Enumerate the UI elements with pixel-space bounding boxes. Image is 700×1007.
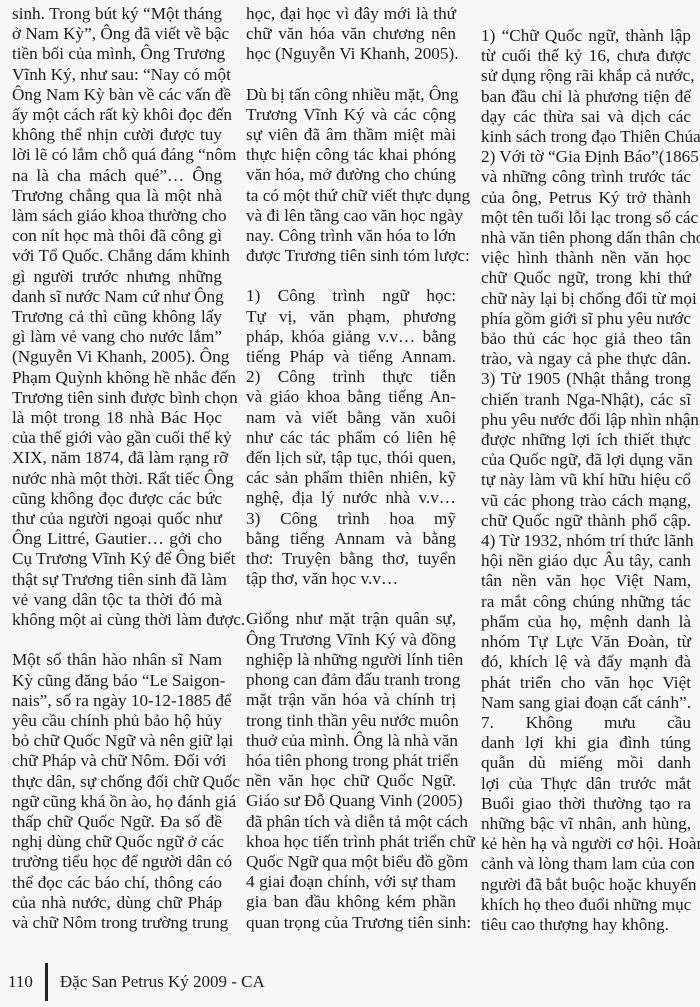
text-line: kẻ hèn hạ và người cơ hội. Hoàn xyxy=(481,834,691,854)
text-line: sự viên đã âm thầm miệt mài xyxy=(246,125,456,145)
text-line: Cụ Trương Vĩnh Ký để Ông biết xyxy=(12,549,222,569)
text-line: người đã bắt buộc hoặc khuyến xyxy=(481,875,691,895)
text-line: và chữ Nôm trong trường trung xyxy=(12,913,222,933)
text-line: con nít học mà thôi đã công gì xyxy=(12,226,222,246)
text-line: văn hóa, mở đường cho chúng xyxy=(246,165,456,185)
text-line: 3) Công trình hoa mỹ xyxy=(246,509,456,529)
text-line: 4 giai đoạn chính, với sự tham xyxy=(246,872,456,892)
page-number: 110 xyxy=(8,972,33,992)
text-line: gì làm vẻ vang cho nước lắm” xyxy=(12,327,222,347)
text-line: nam và viết bằng văn xuôi xyxy=(246,408,456,428)
text-line: (Nguyễn Vi Khanh, 2005). Ông xyxy=(12,347,222,367)
text-line: nền văn học chữ Quốc Ngữ. xyxy=(246,771,456,791)
text-line: thư của người ngoại quốc như xyxy=(12,509,222,529)
text-line: 4) Từ 1932, nhóm trí thức lãnh xyxy=(481,531,691,551)
text-line: 1) “Chữ Quốc ngữ, thành lập xyxy=(481,26,691,46)
text-column-3: 1) “Chữ Quốc ngữ, thành lậptừ cuối thế k… xyxy=(481,26,691,935)
text-line: đó, khích lệ và đẩy mạnh đà xyxy=(481,652,691,672)
text-line: sinh. Trong bút ký “Một tháng xyxy=(12,4,222,24)
text-line: chữ này lại bị chống đối từ mọi xyxy=(481,289,691,309)
text-line: từ cuối thế kỷ 16, chưa được xyxy=(481,46,691,66)
paragraph-gap xyxy=(12,630,222,650)
text-line: trong tinh thần yêu nước muôn xyxy=(246,711,456,731)
text-line: danh lợi khi gia đình túng xyxy=(481,733,691,753)
text-line: những bậc vĩ nhân, anh hùng, xyxy=(481,814,691,834)
text-line: tập thơ, văn học v.v… xyxy=(246,569,456,589)
text-line: như các tác phẩm có liên hệ xyxy=(246,428,456,448)
text-line: các sản phẩm thiên nhiên, kỹ xyxy=(246,468,456,488)
text-line: không một ai cùng thời làm được. xyxy=(12,610,222,630)
text-line: 7. Không mưu cầu xyxy=(481,713,691,733)
text-line: thật sự Trương tiên sinh đã làm xyxy=(12,570,222,590)
paragraph: Một số thân hào nhân sĩ NamKỳ cũng đăng … xyxy=(12,650,222,933)
text-line: dạy các thừa sai và dịch các xyxy=(481,107,691,127)
text-line: Giáo sư Đỗ Quang Vinh (2005) xyxy=(246,791,456,811)
text-line: Trương chẳng qua là một nhà xyxy=(12,186,222,206)
text-line: phong can đảm đấu tranh trong xyxy=(246,670,456,690)
text-line: gia ban đầu không kém phần xyxy=(246,892,456,912)
text-line: nay. Công trình văn hóa to lớn xyxy=(246,226,456,246)
text-line: tiếng Pháp và tiếng Annam. xyxy=(246,347,456,367)
text-line: và những công trình trước tác xyxy=(481,167,691,187)
text-line: đến lịch sử, tập tục, thói quen, xyxy=(246,448,456,468)
text-line: thực hiện công tác khai phóng xyxy=(246,145,456,165)
text-line: kinh sách trong đạo Thiên Chúa. xyxy=(481,127,691,147)
text-line: một tên tuổi lỗi lạc trong số các xyxy=(481,208,691,228)
text-line: thơ: Truyện bằng thơ, tuyển xyxy=(246,549,456,569)
text-line: nhóm Tự Lực Văn Đoàn, từ xyxy=(481,632,691,652)
paragraph: Giống như mặt trận quân sự,Ông Trương Vĩ… xyxy=(246,609,456,932)
text-line: của Quốc ngữ, đã lợi dụng văn xyxy=(481,450,691,470)
text-line: khích họ theo đuổi những mục xyxy=(481,895,691,915)
text-line: danh sĩ nước Nam cứ như Ông xyxy=(12,287,222,307)
text-line: 2) Công trình thực tiễn xyxy=(246,367,456,387)
text-line: bảo thủ các học giả theo tân xyxy=(481,329,691,349)
text-line: và giáo khoa bằng tiếng An- xyxy=(246,387,456,407)
text-line: ta có một thứ chữ viết thực dụng xyxy=(246,186,456,206)
text-line: phẩm của họ, mệnh danh là xyxy=(481,612,691,632)
text-line: Vĩnh Ký, như sau: “Nay có một xyxy=(12,65,222,85)
text-line: của thế giới vào gần cuối thế kỷ xyxy=(12,428,222,448)
text-line: Ông Nam Kỳ bàn về các vấn đề xyxy=(12,85,222,105)
paragraph: học, đại học vì đây mới là thứchữ văn hó… xyxy=(246,4,456,65)
text-line: trào, và ngay cả phe thực dân. xyxy=(481,349,691,369)
text-line: bằng tiếng Annam và bằng xyxy=(246,529,456,549)
text-line: ở Nam Kỳ”, Ông đã viết về bậc xyxy=(12,24,222,44)
text-line: sử dụng rộng rãi khắp cả nước, xyxy=(481,66,691,86)
text-line: yêu cầu chính phủ bảo hộ hủy xyxy=(12,711,222,731)
text-line: phát triển cho văn học Việt xyxy=(481,673,691,693)
text-line: thấp chữ Quốc Ngữ. Đa số đề xyxy=(12,812,222,832)
page-footer: 110 Đặc San Petrus Ký 2009 - CA xyxy=(8,962,265,1002)
text-line: 1) Công trình ngữ học: xyxy=(246,286,456,306)
text-line: thể đọc các báo chí, thông cáo xyxy=(12,873,222,893)
text-line: nais”, số ra ngày 10-12-1885 để xyxy=(12,691,222,711)
text-line: mặt trận văn hóa và chính trị xyxy=(246,690,456,710)
text-line: hội nền giáo dục Âu tây, canh xyxy=(481,551,691,571)
text-column-2: học, đại học vì đây mới là thứchữ văn hó… xyxy=(246,4,456,933)
text-line: Nam sang giai đoạn cất cánh”. xyxy=(481,693,691,713)
paragraph: sinh. Trong bút ký “Một thángở Nam Kỳ”, … xyxy=(12,4,222,630)
text-line: phu yêu nước đối lập nhìn nhận xyxy=(481,410,691,430)
text-line: na là cha mách qué”… Ông xyxy=(12,166,222,186)
paragraph-gap xyxy=(246,589,456,609)
text-line: chiến tranh Nga-Nhật), các sĩ xyxy=(481,390,691,410)
text-line: Ông Littré, Gautier… gởi cho xyxy=(12,529,222,549)
text-line: Trương Vĩnh Ký và các cộng xyxy=(246,105,456,125)
text-line: Kỳ cũng đăng báo “Le Saigon- xyxy=(12,671,222,691)
text-line: quẫn dù miếng mồi danh xyxy=(481,753,691,773)
text-line: là một trong 18 nhà Bác Học xyxy=(12,408,222,428)
text-line: của ông, Petrus Ký trở thành xyxy=(481,188,691,208)
text-line: XIX, năm 1874, đã làm rạng rỡ xyxy=(12,448,222,468)
text-line: với Tổ Quốc. Chẳng dám khinh xyxy=(12,246,222,266)
text-line: không thể nhịn cười được tuy xyxy=(12,125,222,145)
text-line: khoa học tiến trình phát triển chữ xyxy=(246,832,456,852)
paragraph: 1) Công trình ngữ học:Tự vị, văn phạm, p… xyxy=(246,286,456,589)
text-line: được những lợi ích thiết thực xyxy=(481,430,691,450)
text-line: tiền bối của mình, Ông Trương xyxy=(12,44,222,64)
text-line: ra mắt công chúng những tác xyxy=(481,592,691,612)
text-line: thực dân, sự chống đối chữ Quốc xyxy=(12,772,222,792)
text-line: Ông Trương Vĩnh Ký và đồng xyxy=(246,630,456,650)
text-line: tiêu cao thượng hay không. xyxy=(481,915,691,935)
text-line: làm sách giáo khoa thường cho xyxy=(12,206,222,226)
text-line: cũng không đọc được các bức xyxy=(12,489,222,509)
text-line: pháp, khóa giảng v.v… bằng xyxy=(246,327,456,347)
paragraph: 1) “Chữ Quốc ngữ, thành lậptừ cuối thế k… xyxy=(481,26,691,935)
paragraph: Dù bị tấn công nhiều mặt, ÔngTrương Vĩnh… xyxy=(246,85,456,267)
text-line: tân nền văn học Việt Nam, xyxy=(481,571,691,591)
text-line: hóa tiên phong trong phát triển xyxy=(246,751,456,771)
text-line: Buổi giao thời thường tạo ra xyxy=(481,794,691,814)
text-line: Tự vị, văn phạm, phương xyxy=(246,307,456,327)
text-line: ấy một cách rất kỳ khôi đọc đến xyxy=(12,105,222,125)
text-line: nghị dùng chữ Quốc ngữ ở các xyxy=(12,832,222,852)
document-page: sinh. Trong bút ký “Một thángở Nam Kỳ”, … xyxy=(0,0,700,1007)
text-line: tự này làm vũ khí hữu hiệu cổ xyxy=(481,470,691,490)
text-line: được Trương tiên sinh tóm lược: xyxy=(246,246,456,266)
text-line: và đi lên tầng cao văn học ngày xyxy=(246,206,456,226)
text-line: chữ Pháp và chữ Nôm. Đối với xyxy=(12,751,222,771)
text-line: thuở của mình. Ông là nhà văn xyxy=(246,731,456,751)
text-line: lời lẽ có lắm chỗ quá đáng “nôm xyxy=(12,145,222,165)
text-line: cảnh và lòng tham lam của con xyxy=(481,854,691,874)
publication-title: Đặc San Petrus Ký 2009 - CA xyxy=(60,972,265,992)
text-line: Giống như mặt trận quân sự, xyxy=(246,609,456,629)
text-line: của nhà nước, dùng chữ Pháp xyxy=(12,893,222,913)
text-line: nhà văn tiên phong dấn thân cho xyxy=(481,228,691,248)
text-line: ngữ cũng khá ồn ào, họ đánh giá xyxy=(12,792,222,812)
text-line: vẻ vang dân tộc ta thời đó mà xyxy=(12,590,222,610)
text-line: việc hình thành nền văn học xyxy=(481,248,691,268)
text-line: Dù bị tấn công nhiều mặt, Ông xyxy=(246,85,456,105)
footer-divider xyxy=(45,963,48,1001)
text-line: chữ Quốc ngữ, trong khi thứ xyxy=(481,268,691,288)
paragraph-gap xyxy=(246,266,456,286)
text-line: phía gồm giới sĩ phu yêu nước xyxy=(481,309,691,329)
text-line: trường tiểu học để người dân có xyxy=(12,852,222,872)
text-line: Trương cả thì cũng không lấy xyxy=(12,307,222,327)
text-line: quan trọng của Trương tiên sinh: xyxy=(246,913,456,933)
text-line: gì người trước nhưng những xyxy=(12,267,222,287)
text-line: chữ Quốc ngữ thành phổ cập. xyxy=(481,511,691,531)
text-line: nghệ, địa lý nước nhà v.v… xyxy=(246,488,456,508)
text-line: bỏ chữ Quốc Ngữ và nên giữ lại xyxy=(12,731,222,751)
text-line: Phạm Quỳnh không hề nhắc đến xyxy=(12,368,222,388)
text-line: chữ văn hóa văn chương nên xyxy=(246,24,456,44)
text-line: học (Nguyễn Vi Khanh, 2005). xyxy=(246,44,456,64)
text-line: vũ các phong trào cách mạng, xyxy=(481,491,691,511)
text-line: nước nhà một thời. Rất tiếc Ông xyxy=(12,469,222,489)
text-line: 2) Với tờ “Gia Định Báo”(1865) xyxy=(481,147,691,167)
text-line: Một số thân hào nhân sĩ Nam xyxy=(12,650,222,670)
text-line: Trương tiên sinh được bình chọn xyxy=(12,388,222,408)
text-column-1: sinh. Trong bút ký “Một thángở Nam Kỳ”, … xyxy=(12,4,222,933)
text-line: lợi của Thực dân trước mắt xyxy=(481,774,691,794)
text-line: Quốc Ngữ qua một biểu đồ gồm xyxy=(246,852,456,872)
text-line: nghiệp là những người lính tiên xyxy=(246,650,456,670)
text-line: học, đại học vì đây mới là thứ xyxy=(246,4,456,24)
text-line: 3) Từ 1905 (Nhật thắng trong xyxy=(481,369,691,389)
text-line: ban đầu chỉ là phương tiện để xyxy=(481,87,691,107)
text-line: đã phân tích và diễn tả một cách xyxy=(246,812,456,832)
paragraph-gap xyxy=(246,65,456,85)
